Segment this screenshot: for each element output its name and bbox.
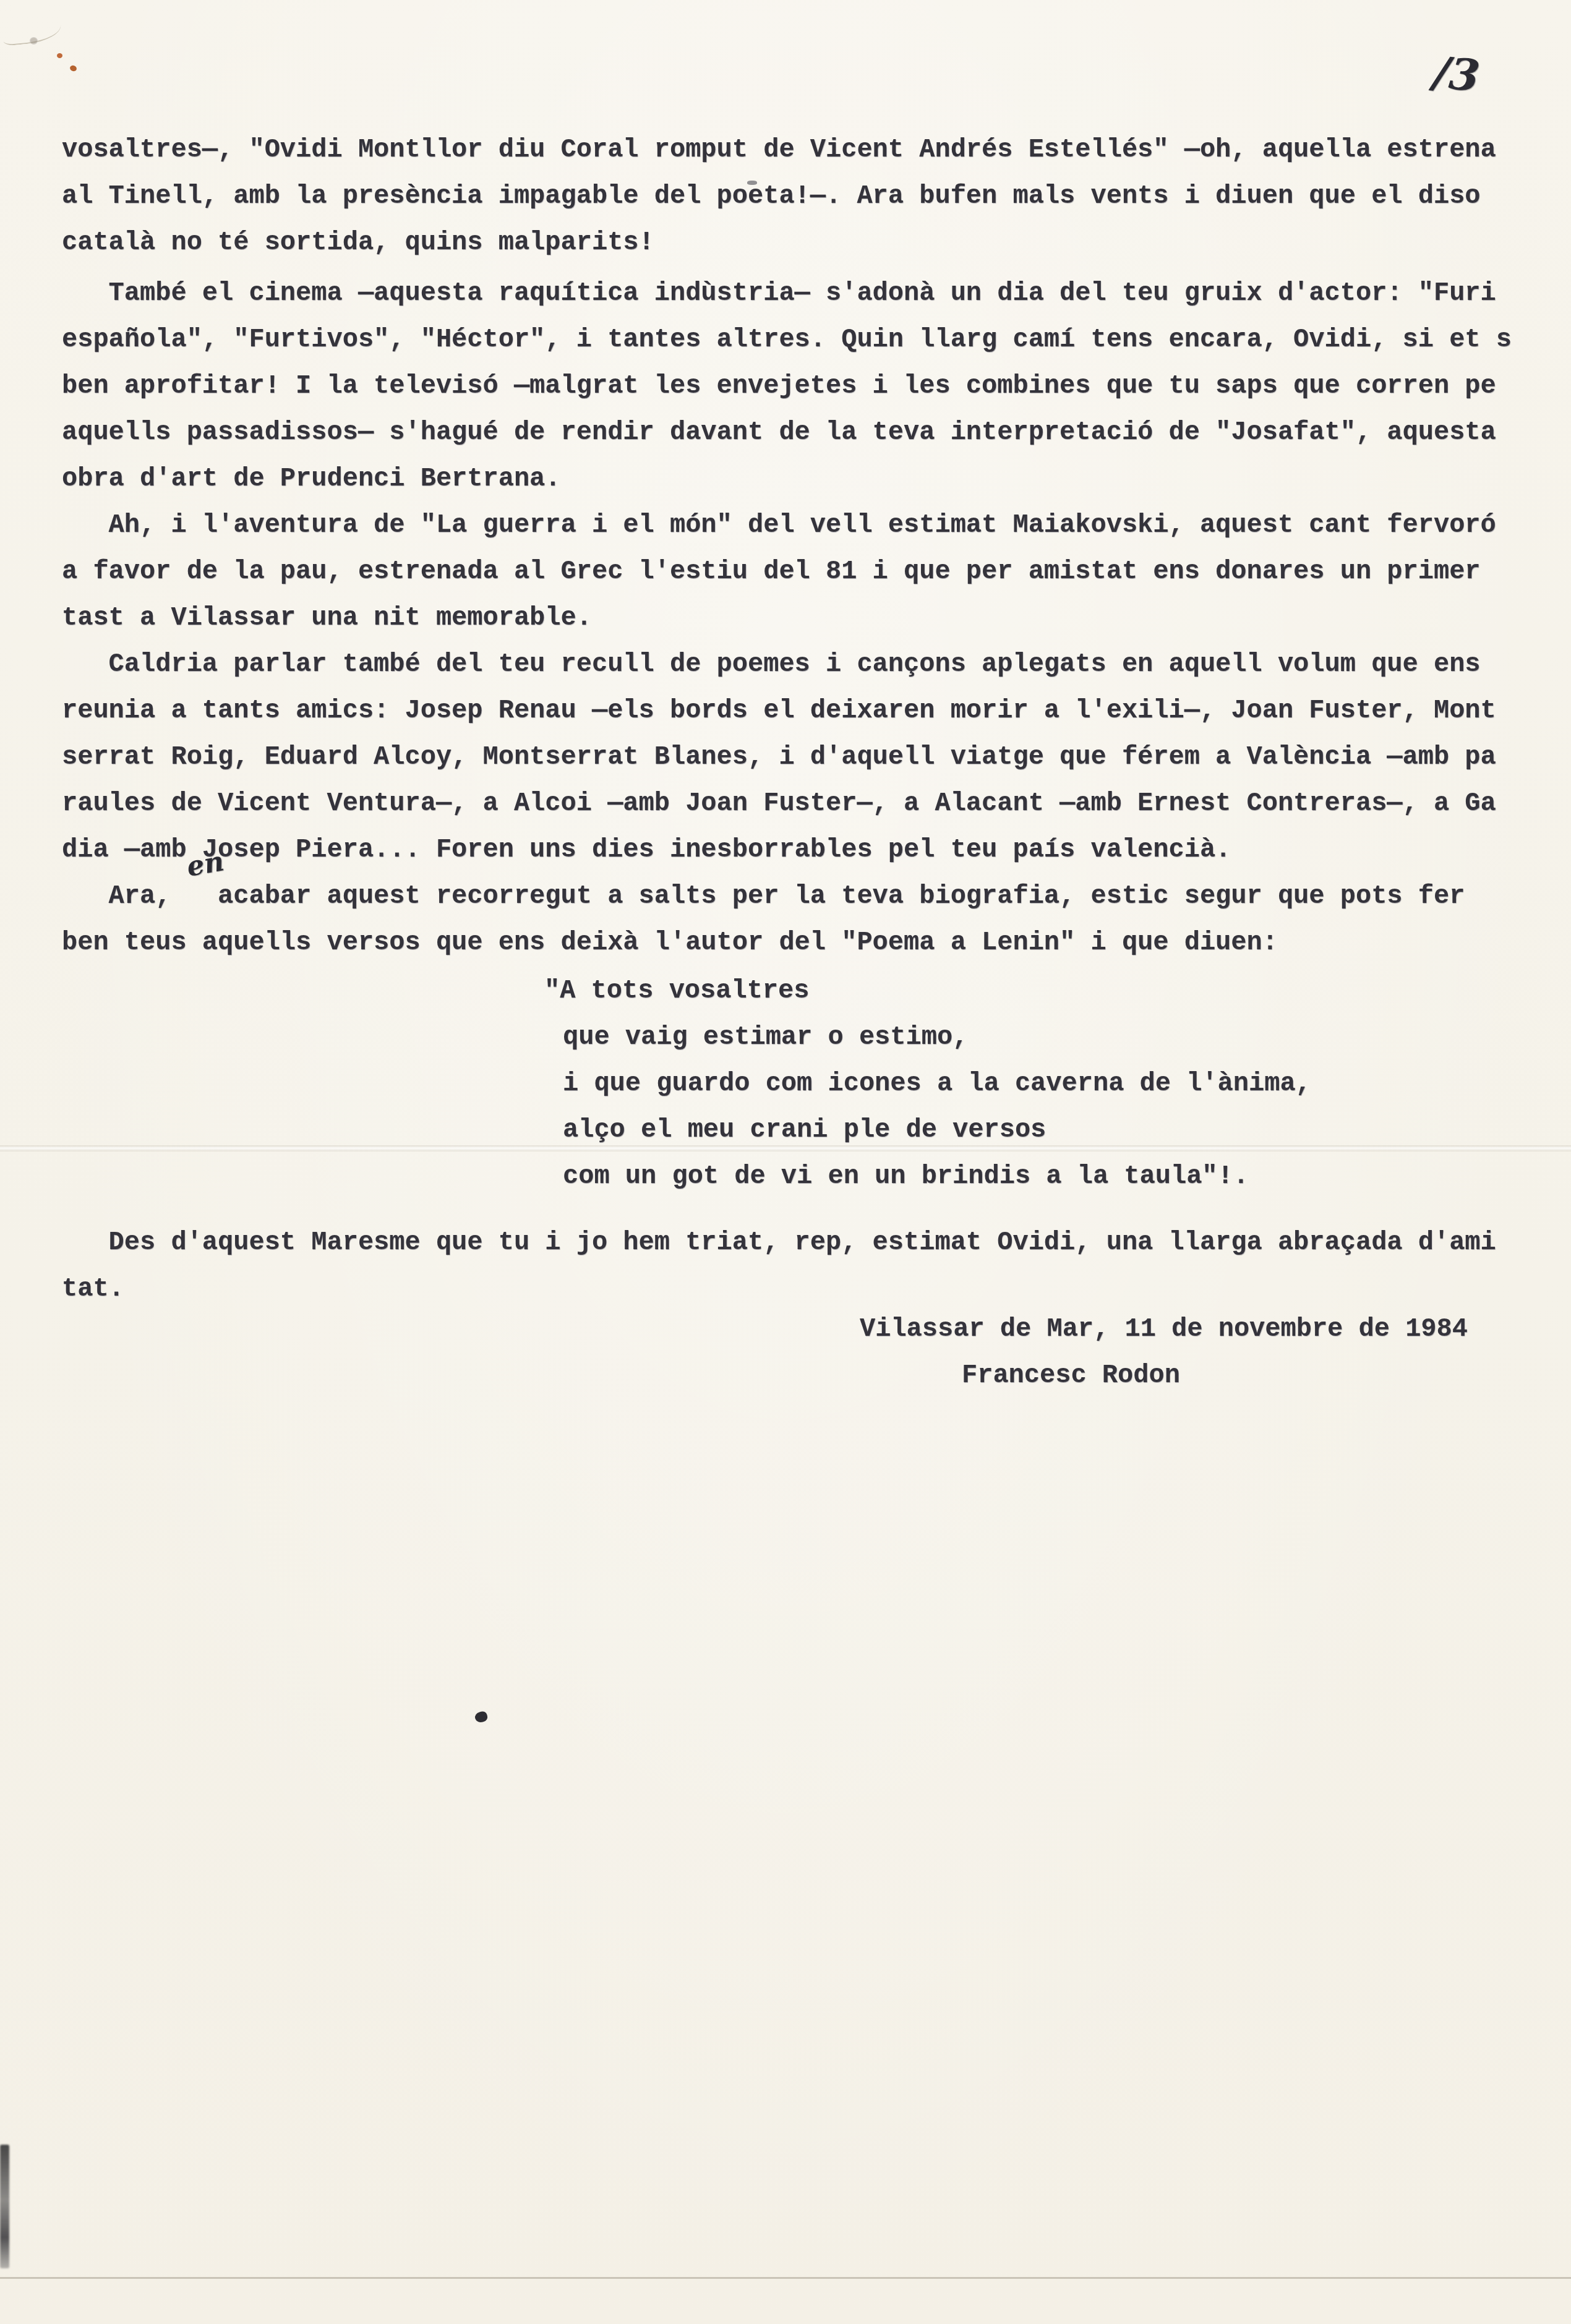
paper-crease — [0, 1145, 1571, 1151]
text-line: tast a Vilassar una nit memorable. — [62, 603, 592, 633]
text-line: serrat Roig, Eduard Alcoy, Montserrat Bl… — [62, 742, 1496, 772]
paper-speck — [30, 37, 38, 45]
text-line: ben teus aquells versos que ens deixà l'… — [62, 928, 1278, 957]
paper-speck — [69, 64, 77, 72]
verse-line: "A tots vosaltres — [544, 976, 809, 1006]
text-line: vosaltres—, "Ovidi Montllor diu Coral ro… — [62, 135, 1496, 164]
paper-speck — [57, 53, 62, 58]
text-line: Caldria parlar també del teu recull de p… — [62, 649, 1481, 679]
signature-line: Francesc Rodon — [962, 1361, 1180, 1390]
text-line: española", "Furtivos", "Héctor", i tante… — [62, 325, 1512, 354]
text-line: Des d'aquest Maresme que tu i jo hem tri… — [62, 1228, 1496, 1257]
ink-blot — [474, 1711, 489, 1724]
text-line: reunia a tants amics: Josep Renau —els b… — [62, 696, 1496, 725]
page-number: /3 — [1431, 46, 1483, 101]
text-line: Ah, i l'aventura de "La guerra i el món"… — [62, 510, 1496, 540]
text-line: Ara, acabar aquest recorregut a salts pe… — [62, 881, 1465, 911]
text-line: ben aprofitar! I la televisó —malgrat le… — [62, 371, 1496, 401]
text-line: tat. — [62, 1274, 124, 1304]
text-line: raules de Vicent Ventura—, a Alcoi —amb … — [62, 788, 1496, 818]
typewritten-letter-page: /3 en vosaltres—, "Ovidi Montllor diu Co… — [0, 0, 1571, 2324]
text-line: a favor de la pau, estrenada al Grec l'e… — [62, 557, 1481, 586]
date-line: Vilassar de Mar, 11 de novembre de 1984 — [860, 1314, 1468, 1344]
verse-line: que vaig estimar o estimo, — [563, 1022, 968, 1052]
text-line: al Tinell, amb la presència impagable de… — [62, 181, 1481, 211]
verse-line: i que guardo com icones a la caverna de … — [563, 1069, 1311, 1098]
verse-line: com un got de vi en un brindis a la taul… — [563, 1161, 1249, 1191]
paper-crease-bottom — [0, 2277, 1571, 2279]
text-line: obra d'art de Prudenci Bertrana. — [62, 464, 561, 493]
text-line: També el cinema —aquesta raquítica indùs… — [62, 278, 1496, 308]
verse-line: alço el meu crani ple de versos — [563, 1115, 1046, 1145]
text-line: aquells passadissos— s'hagué de rendir d… — [62, 417, 1496, 447]
edge-smudge — [0, 2145, 9, 2268]
text-line: català no té sortida, quins malparits! — [62, 228, 654, 257]
text-line: dia —amb Josep Piera... Foren uns dies i… — [62, 835, 1231, 865]
